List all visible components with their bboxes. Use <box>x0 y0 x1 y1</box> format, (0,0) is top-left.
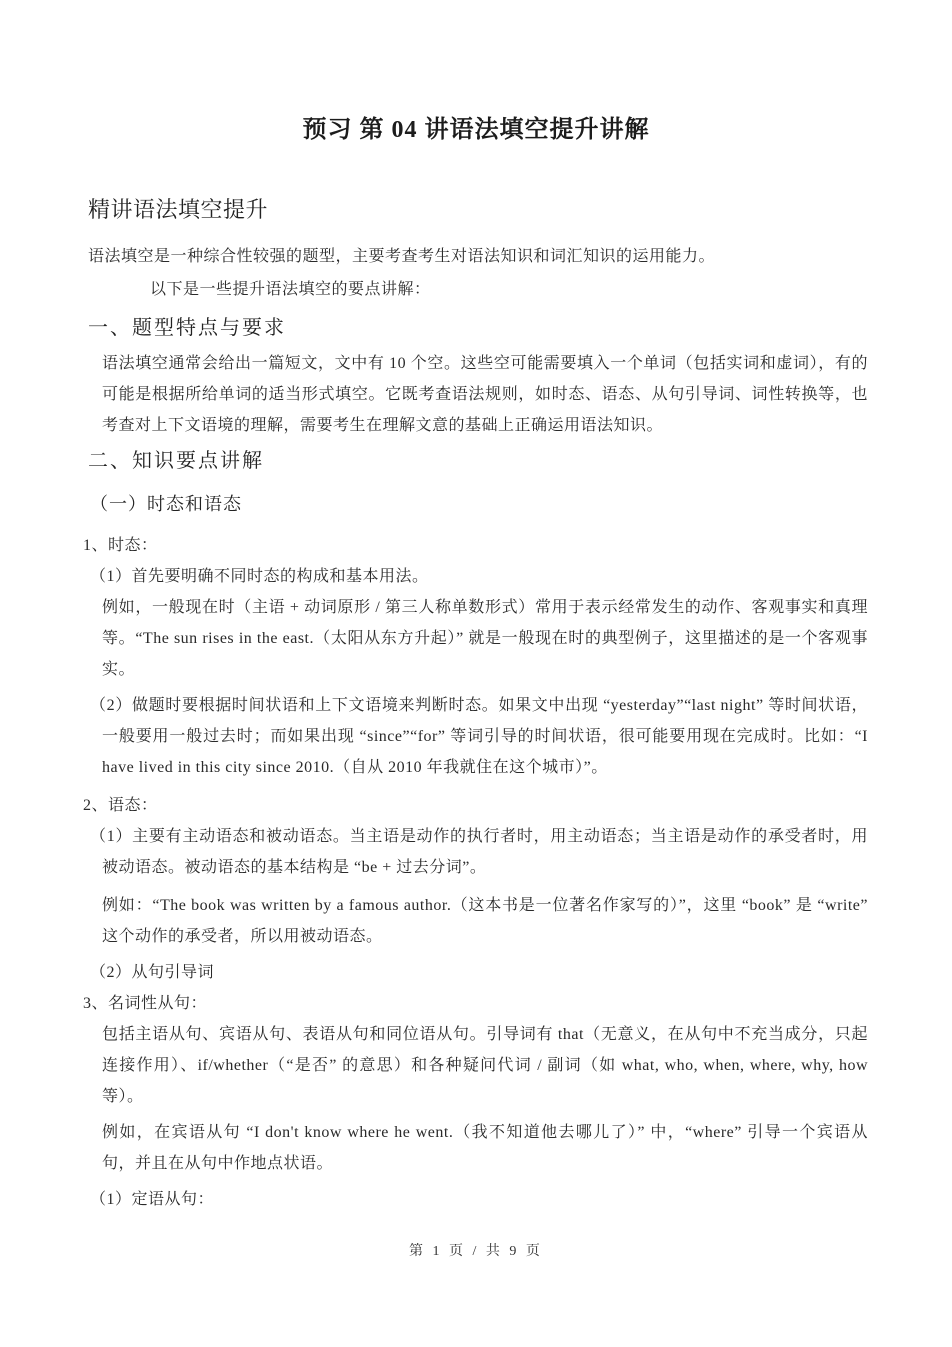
paragraph: （2）做题时要根据时间状语和上下文语境来判断时态。如果文中出现 “yesterd… <box>102 690 868 783</box>
paragraph: 例如，在宾语从句 “I don't know where he went.（我不… <box>102 1117 868 1179</box>
numbered-item: 2、语态： <box>83 790 952 821</box>
paragraph: 语法填空是一种综合性较强的题型，主要考查考生对语法知识和词汇知识的运用能力。 <box>88 241 952 272</box>
sub-item: （1）首先要明确不同时态的构成和基本用法。 <box>90 561 952 592</box>
paragraph: 例如，一般现在时（主语 + 动词原形 / 第三人称单数形式）常用于表示经常发生的… <box>102 592 868 685</box>
sub-item: （1）定语从句： <box>90 1184 952 1215</box>
paragraph: 语法填空通常会给出一篇短文，文中有 10 个空。这些空可能需要填入一个单词（包括… <box>102 348 868 441</box>
paragraph: 以下是一些提升语法填空的要点讲解： <box>150 274 952 305</box>
paragraph: 包括主语从句、宾语从句、表语从句和同位语从句。引导词有 that（无意义，在从句… <box>102 1019 868 1112</box>
numbered-item: 3、名词性从句： <box>83 988 952 1019</box>
numbered-item: 1、时态： <box>83 530 952 561</box>
subsection-heading: （一）时态和语态 <box>90 489 952 519</box>
document-blocks: 预习 第 04 讲语法填空提升讲解精讲语法填空提升语法填空是一种综合性较强的题型… <box>0 115 952 1215</box>
section-heading: 一、题型特点与要求 <box>88 313 952 343</box>
sub-item: （2）从句引导词 <box>90 957 952 988</box>
section-heading: 二、知识要点讲解 <box>88 446 952 476</box>
document-title: 预习 第 04 讲语法填空提升讲解 <box>0 115 952 145</box>
paragraph: 例如：“The book was written by a famous aut… <box>102 890 868 952</box>
paragraph: （1）主要有主动语态和被动语态。当主语是动作的执行者时，用主动语态；当主语是动作… <box>102 821 868 883</box>
document-page: 预习 第 04 讲语法填空提升讲解精讲语法填空提升语法填空是一种综合性较强的题型… <box>0 0 952 1347</box>
heading-main: 精讲语法填空提升 <box>88 195 952 225</box>
page-number-footer: 第 1 页 / 共 9 页 <box>0 1240 952 1260</box>
